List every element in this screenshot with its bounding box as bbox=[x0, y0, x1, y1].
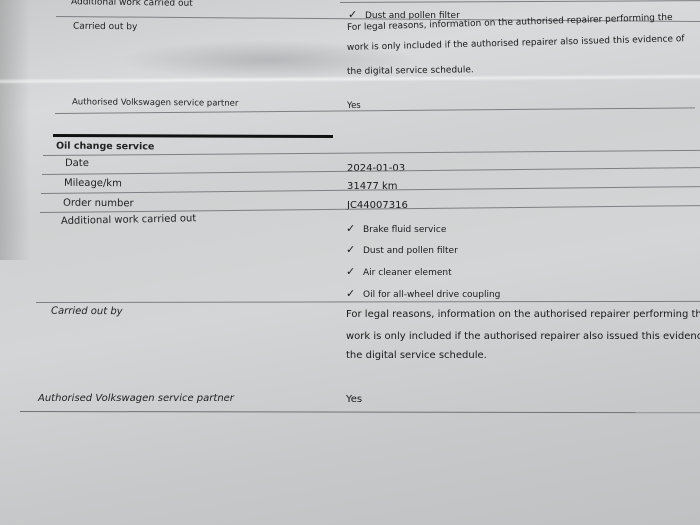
row-divider bbox=[20, 411, 700, 413]
additional-work-item: ✓Brake fluid service bbox=[346, 222, 446, 235]
legal-notice-line: work is only included if the authorised … bbox=[346, 331, 700, 342]
partner-label: Authorised Volkswagen service partner bbox=[72, 97, 238, 108]
checkmark-icon: ✓ bbox=[346, 287, 358, 300]
legal-notice-line: the digital service schedule. bbox=[347, 65, 474, 77]
additional-work-item: ✓Air cleaner element bbox=[346, 265, 452, 278]
legal-notice-line: For legal reasons, information on the au… bbox=[346, 309, 700, 320]
mileage-label: Mileage/km bbox=[64, 178, 122, 190]
checkmark-icon: ✓ bbox=[346, 222, 358, 235]
date-value: 2024-01-03 bbox=[347, 163, 405, 174]
order-number-label: Order number bbox=[63, 198, 134, 210]
row-divider bbox=[36, 301, 700, 303]
additional-work-item: ✓Dust and pollen filter bbox=[346, 243, 458, 256]
carried-out-by-label: Carried out by bbox=[51, 306, 123, 317]
legal-notice-line: the digital service schedule. bbox=[346, 350, 487, 361]
paper-shadow bbox=[0, 0, 30, 260]
checkmark-icon: ✓ bbox=[346, 265, 358, 278]
date-label: Date bbox=[65, 158, 89, 169]
partner-value: Yes bbox=[346, 394, 362, 405]
section-title: Oil change service bbox=[56, 141, 154, 153]
additional-work-label: Additional work carried out bbox=[61, 213, 196, 227]
checkmark-icon: ✓ bbox=[346, 243, 358, 256]
section-heading-rule bbox=[53, 134, 333, 138]
legal-notice-line: work is only included if the authorised … bbox=[347, 34, 685, 53]
additional-work-item: ✓Oil for all-wheel drive coupling bbox=[346, 287, 500, 300]
partner-label: Authorised Volkswagen service partner bbox=[38, 393, 234, 404]
carried-out-by-label: Carried out by bbox=[73, 22, 137, 33]
additional-work-label: Additional work carried out bbox=[71, 0, 193, 9]
row-divider bbox=[55, 107, 695, 114]
row-divider bbox=[340, 0, 700, 3]
